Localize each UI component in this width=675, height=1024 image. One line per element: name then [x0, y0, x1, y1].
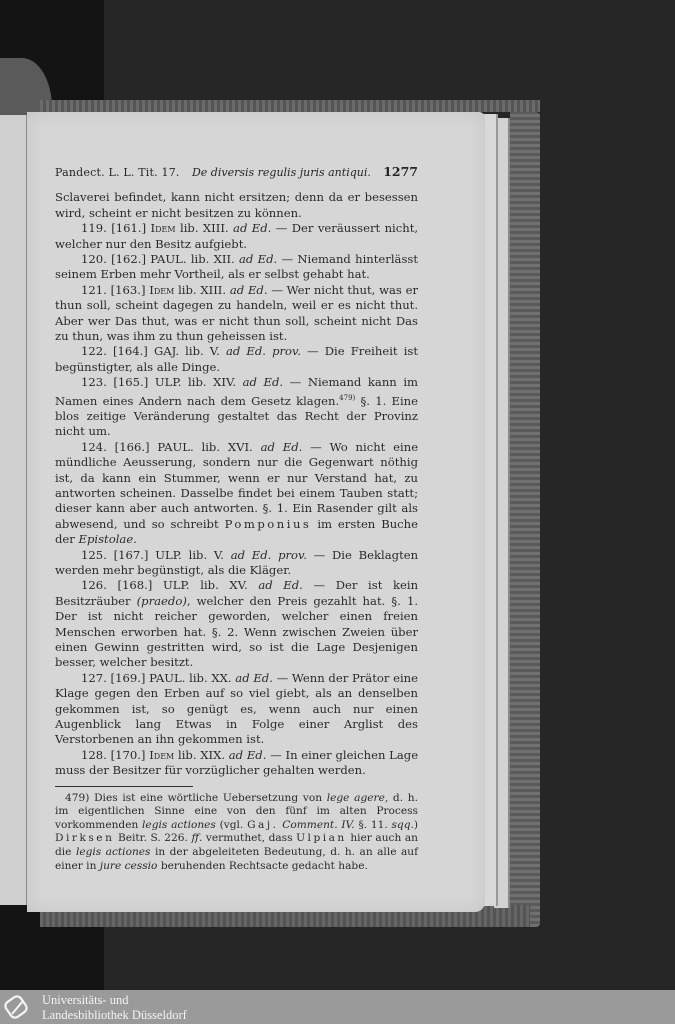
paragraph: 124. [166.] PAUL. lib. XVI. ad Ed. — Wo …: [55, 440, 418, 548]
library-name[interactable]: Universitäts- und Landesbibliothek Düsse…: [42, 993, 187, 1022]
book-cover-right-edge: [510, 112, 540, 927]
footnote: 479) Dies ist eine wörtliche Uebersetzun…: [55, 792, 418, 874]
running-head: Pandect. L. L. Tit. 17. De diversis regu…: [55, 164, 418, 180]
book-cover-top-edge: [40, 100, 540, 112]
paragraph: 128. [170.] Idem lib. XIX. ad Ed. — In e…: [55, 748, 418, 779]
library-name-line2: Landesbibliothek Düsseldorf: [42, 1008, 187, 1023]
paragraph: 126. [168.] ULP. lib. XV. ad Ed. — Der i…: [55, 578, 418, 670]
footnote-divider: [55, 786, 193, 787]
paragraph: 127. [169.] PAUL. lib. XX. ad Ed. — Wenn…: [55, 671, 418, 748]
paragraph: 122. [164.] GAJ. lib. V. ad Ed. prov. — …: [55, 344, 418, 375]
library-book-logo-icon: [4, 994, 30, 1020]
paragraph: Sclaverei befindet, kann nicht ersitzen;…: [55, 190, 418, 221]
paragraph: 121. [163.] Idem lib. XIII. ad Ed. — Wer…: [55, 283, 418, 345]
running-head-title: De diversis regulis juris antiqui.: [192, 165, 371, 180]
paragraph: 119. [161.] Idem lib. XIII. ad Ed. — Der…: [55, 221, 418, 252]
paragraph: 120. [162.] PAUL. lib. XII. ad Ed. — Nie…: [55, 252, 418, 283]
footnote-reference: 479): [339, 394, 355, 402]
left-page-edge: [0, 115, 28, 905]
library-footer-bar: Universitäts- und Landesbibliothek Düsse…: [0, 990, 675, 1024]
page-number: 1277: [383, 164, 418, 179]
running-head-left: Pandect. L. L. Tit. 17.: [55, 165, 180, 180]
page-text: Pandect. L. L. Tit. 17. De diversis regu…: [55, 164, 418, 873]
library-name-line1: Universitäts- und: [42, 993, 187, 1008]
paragraph: 125. [167.] ULP. lib. V. ad Ed. prov. — …: [55, 548, 418, 579]
paragraph: 123. [165.] ULP. lib. XIV. ad Ed. — Niem…: [55, 375, 418, 439]
right-leaf-edge: [484, 114, 498, 906]
